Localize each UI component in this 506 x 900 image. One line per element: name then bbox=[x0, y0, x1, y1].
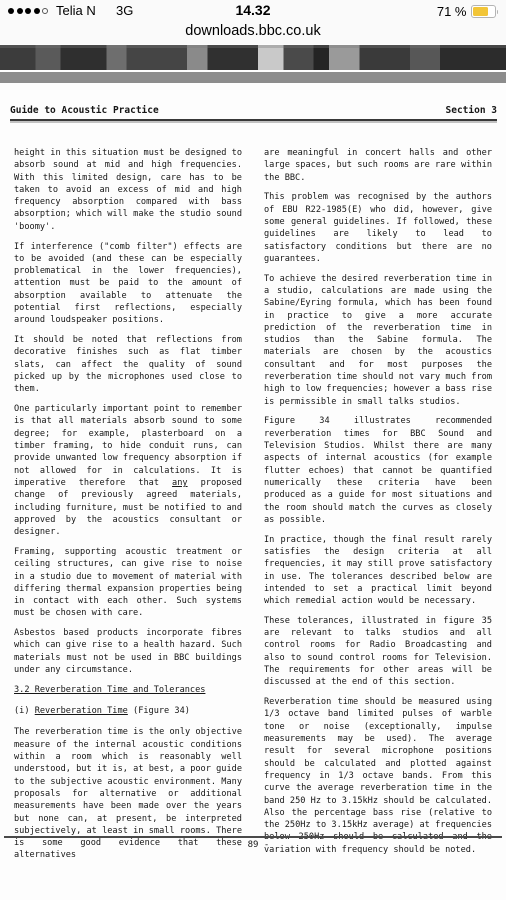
subheading-text: (i) bbox=[14, 706, 35, 716]
paragraph: To achieve the desired reverberation tim… bbox=[264, 273, 492, 408]
browser-chrome: Telia N 3G 14.32 71 % downloads.bbc.co.u… bbox=[0, 0, 506, 44]
paragraph: Figure 34 illustrates recommended reverb… bbox=[264, 415, 492, 526]
paragraph: One particularly important point to reme… bbox=[14, 403, 242, 538]
paragraph: These tolerances, illustrated in figure … bbox=[264, 615, 492, 689]
document-title: Guide to Acoustic Practice bbox=[10, 105, 159, 116]
battery-tip bbox=[497, 10, 499, 14]
left-column: height in this situation must be designe… bbox=[14, 147, 242, 869]
battery-percent-label: 71 % bbox=[437, 4, 467, 19]
paragraph: Reverberation time should be measured us… bbox=[264, 696, 492, 856]
document-header: Guide to Acoustic Practice Section 3 bbox=[10, 105, 497, 121]
paragraph: It should be noted that reflections from… bbox=[14, 334, 242, 395]
clock-label: 14.32 bbox=[0, 2, 506, 18]
paragraph-text: One particularly important point to reme… bbox=[14, 404, 242, 488]
underlined-word: any bbox=[172, 478, 188, 488]
right-column: are meaningful in concert halls and othe… bbox=[264, 147, 492, 869]
sub-heading: (i) Reverberation Time (Figure 34) bbox=[14, 705, 242, 717]
phone-screen: Telia N 3G 14.32 71 % downloads.bbc.co.u… bbox=[0, 0, 506, 900]
header-rule bbox=[10, 119, 497, 121]
paragraph: are meaningful in concert halls and othe… bbox=[264, 147, 492, 184]
document-section-label: Section 3 bbox=[446, 105, 497, 116]
pdf-page[interactable]: Guide to Acoustic Practice Section 3 hei… bbox=[0, 83, 506, 900]
pdf-previous-page-image bbox=[0, 45, 506, 70]
section-heading: 3.2 Reverberation Time and Tolerances bbox=[14, 684, 242, 696]
status-bar: Telia N 3G 14.32 71 % bbox=[0, 0, 506, 22]
underlined-text: Reverberation Time bbox=[35, 706, 128, 716]
page-number: - 89 - bbox=[0, 840, 506, 850]
document-body: height in this situation must be designe… bbox=[14, 147, 492, 869]
battery-fill bbox=[473, 7, 489, 16]
paragraph: height in this situation must be designe… bbox=[14, 147, 242, 233]
subheading-text: (Figure 34) bbox=[128, 706, 190, 716]
address-bar[interactable]: downloads.bbc.co.uk bbox=[0, 21, 506, 44]
pdf-page-separator bbox=[0, 72, 506, 83]
paragraph: In practice, though the final result rar… bbox=[264, 534, 492, 608]
battery-indicator: 71 % bbox=[437, 4, 498, 19]
paragraph: This problem was recognised by the autho… bbox=[264, 191, 492, 265]
battery-icon bbox=[471, 5, 496, 18]
paragraph: If interference ("comb filter") effects … bbox=[14, 241, 242, 327]
paragraph: Framing, supporting acoustic treatment o… bbox=[14, 546, 242, 620]
paragraph: Asbestos based products incorporate fibr… bbox=[14, 627, 242, 676]
footer-rule bbox=[4, 836, 502, 838]
